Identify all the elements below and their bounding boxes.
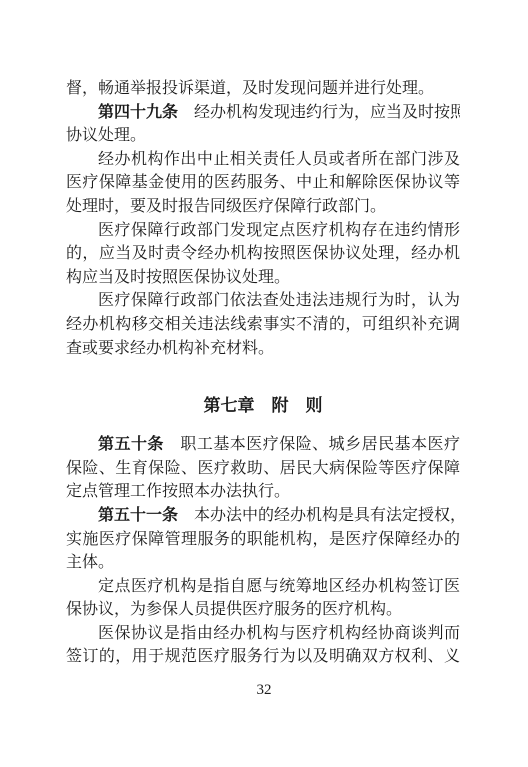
text-line: 处理时，要及时报告同级医疗保障行政部门。 [66, 195, 460, 219]
text-segment: 的，应当及时责令经办机构按照医保协议处理，经办机 [66, 245, 460, 262]
document-page: 督，畅通举报投诉渠道，及时发现问题并进行处理。第四十九条 经办机构发现违约行为，… [0, 0, 528, 767]
text-segment: 保险、生育保险、医疗救助、居民大病保险等医疗保障 [66, 460, 460, 477]
text-segment: 第七章 附 则 [204, 396, 323, 415]
text-segment: 保协议，为参保人员提供医疗服务的医疗机构。 [66, 601, 402, 618]
text-line: 签订的，用于规范医疗服务行为以及明确双方权利、义 [66, 645, 460, 669]
text-line: 定点医疗机构是指自愿与统筹地区经办机构签订医 [66, 575, 460, 599]
article-number: 第四十九条 [98, 104, 178, 121]
text-segment: 协议处理。 [66, 127, 146, 144]
text-line: 督，畅通举报投诉渠道，及时发现问题并进行处理。 [66, 77, 460, 101]
article-number: 第五十条 [98, 436, 164, 453]
text-segment: 医疗保障行政部门依法查处违法违规行为时，认为 [98, 292, 460, 309]
text-segment: 医疗保障行政部门发现定点医疗机构存在违约情形 [98, 222, 460, 239]
text-line: 主体。 [66, 551, 460, 575]
text-segment: 医保协议是指由经办机构与医疗机构经协商谈判而 [98, 625, 460, 642]
text-segment: 经办机构移交相关违法线索事实不清的，可组织补充调 [66, 316, 460, 333]
text-segment: 实施医疗保障管理服务的职能机构，是医疗保障经办的 [66, 531, 460, 548]
text-segment: 构应当及时按照医保协议处理。 [66, 269, 290, 286]
text-line: 医保协议是指由经办机构与医疗机构经协商谈判而 [66, 622, 460, 646]
text-line: 保险、生育保险、医疗救助、居民大病保险等医疗保障 [66, 457, 460, 481]
text-line: 第四十九条 经办机构发现违约行为，应当及时按照 [66, 101, 460, 125]
text-line: 医疗保障基金使用的医药服务、中止和解除医保协议等 [66, 171, 460, 195]
text-line: 第五十条 职工基本医疗保险、城乡居民基本医疗 [66, 433, 460, 457]
text-segment: 经办机构发现违约行为，应当及时按照 [178, 104, 460, 121]
text-line: 的，应当及时责令经办机构按照医保协议处理，经办机 [66, 242, 460, 266]
text-line: 经办机构作出中止相关责任人员或者所在部门涉及 [66, 148, 460, 172]
text-line: 医疗保障行政部门依法查处违法违规行为时，认为 [66, 289, 460, 313]
text-line: 经办机构移交相关违法线索事实不清的，可组织补充调 [66, 313, 460, 337]
text-segment: 督，畅通举报投诉渠道，及时发现问题并进行处理。 [66, 80, 434, 97]
text-line: 协议处理。 [66, 124, 460, 148]
text-line: 第五十一条 本办法中的经办机构是具有法定授权， [66, 504, 460, 528]
chapter-heading: 第七章 附 则 [66, 394, 460, 418]
text-line: 实施医疗保障管理服务的职能机构，是医疗保障经办的 [66, 528, 460, 552]
text-segment: 查或要求经办机构补充材料。 [66, 340, 274, 357]
text-segment: 定点医疗机构是指自愿与统筹地区经办机构签订医 [98, 578, 460, 595]
text-block: 督，畅通举报投诉渠道，及时发现问题并进行处理。第四十九条 经办机构发现违约行为，… [66, 77, 460, 669]
text-segment: 本办法中的经办机构是具有法定授权， [178, 507, 460, 524]
text-segment: 医疗保障基金使用的医药服务、中止和解除医保协议等 [66, 174, 460, 191]
text-segment: 职工基本医疗保险、城乡居民基本医疗 [164, 436, 460, 453]
text-segment: 处理时，要及时报告同级医疗保障行政部门。 [66, 198, 386, 215]
text-line: 医疗保障行政部门发现定点医疗机构存在违约情形 [66, 219, 460, 243]
text-segment: 经办机构作出中止相关责任人员或者所在部门涉及 [98, 151, 460, 168]
text-line: 保协议，为参保人员提供医疗服务的医疗机构。 [66, 598, 460, 622]
text-line: 查或要求经办机构补充材料。 [66, 337, 460, 361]
article-number: 第五十一条 [98, 507, 178, 524]
text-line: 定点管理工作按照本办法执行。 [66, 480, 460, 504]
page-number: 32 [0, 682, 528, 699]
text-segment: 定点管理工作按照本办法执行。 [66, 483, 290, 500]
text-segment: 主体。 [66, 554, 114, 571]
text-segment: 签订的，用于规范医疗服务行为以及明确双方权利、义 [66, 648, 460, 665]
text-line: 构应当及时按照医保协议处理。 [66, 266, 460, 290]
